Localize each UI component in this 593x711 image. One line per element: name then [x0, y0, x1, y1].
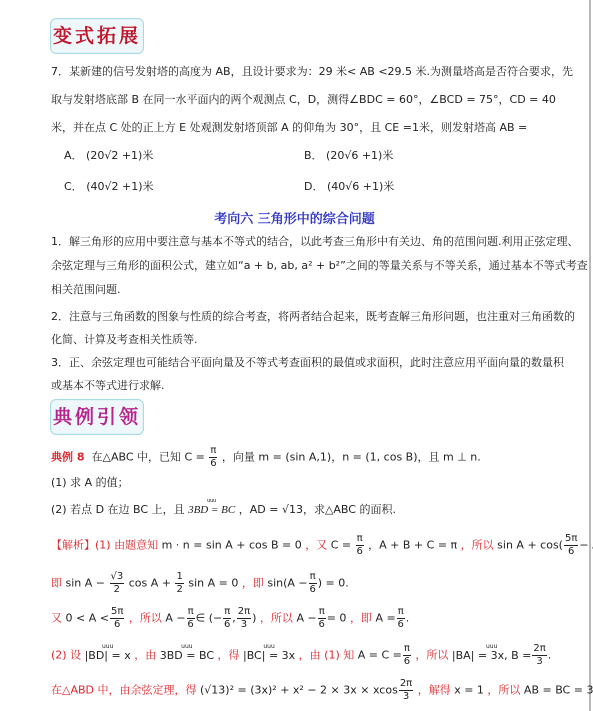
expr: |BC| = 3x [243, 649, 295, 663]
point-1-line-1: 1．解三角形的应用中要注意与基本不等式的结合，以此考查三角形中有关边、角的范围问… [51, 235, 579, 249]
q2-text-c: ，AD = √13，求△ABC 的面积. [239, 503, 396, 516]
solution-line-4: (2) 设 |BD| = x ，由 3BD = BC ，得 |BC| = 3x … [51, 643, 551, 668]
document-page: 变式拓展 7．某新建的信号发射塔的高度为 AB，且设计要求为：29 米< AB … [0, 0, 591, 711]
denominator: 6 [110, 619, 124, 631]
problem-7-line-1: 7．某新建的信号发射塔的高度为 AB，且设计要求为：29 米< AB <29.5… [51, 65, 573, 79]
numerator: π [187, 606, 195, 619]
numerator: π [403, 643, 411, 656]
denominator: 6 [309, 584, 317, 596]
numerator: 2π [399, 678, 413, 691]
option-c-label: C． [64, 180, 83, 193]
expr: C = [331, 539, 351, 552]
denominator: 2 [175, 584, 183, 596]
stem-text-b: ，向量 m = (sin A,1)，n = (1, cos B)，且 m ⊥ n… [222, 451, 481, 464]
expr: A − [296, 612, 316, 625]
fraction-pi-6: π6 [356, 533, 364, 558]
point-1-line-2: 余弦定理与三角形的面积公式，建立如“a + b, ab, a² + b²”之间的… [51, 259, 588, 273]
option-c[interactable]: C． (40√2 +1)米 [64, 178, 154, 194]
expr: A = C = [358, 649, 402, 662]
expr: cos A + [129, 577, 171, 590]
problem-7-line-2: 取与发射塔底部 B 在同一水平面内的两个观测点 C，D，测得∠BDC = 60°… [51, 93, 556, 107]
denominator: 6 [209, 458, 217, 470]
connector: ，所以 [129, 612, 162, 625]
fraction-1-2: 12 [175, 571, 183, 596]
expr: sin A + cos( [497, 539, 563, 552]
solution-line-2: 即 sin A − √32 cos A + 12 sin A = 0 ，即 si… [51, 571, 349, 596]
expr: AB = BC = 3 [524, 684, 593, 697]
numerator: π [356, 533, 364, 546]
stem-text-a: 在△ABC 中，已知 C = [91, 451, 204, 464]
connector: ，由 [134, 649, 156, 662]
fraction-pi-6: π6 [209, 445, 217, 470]
connector: ，即 [242, 577, 264, 590]
numerator: π [223, 606, 231, 619]
fraction-pi-6: π6 [318, 606, 326, 631]
fraction-5pi-6: 5π6 [564, 533, 578, 558]
fraction-pi-6: π6 [223, 606, 231, 631]
option-a-value: (20√2 +1)米 [86, 149, 153, 162]
fraction-sqrt3-2: √32 [110, 571, 125, 596]
denominator: 3 [532, 656, 546, 668]
solution-heading: 【解析】(1) 由题意知 [51, 539, 158, 552]
option-a-label: A． [64, 149, 83, 162]
expr: sin(A − [267, 577, 307, 590]
denominator: 3 [237, 619, 251, 631]
numerator: π [397, 606, 405, 619]
option-d[interactable]: D． (40√6 +1)米 [304, 178, 394, 194]
denominator: 6 [223, 619, 231, 631]
denominator: 6 [397, 619, 405, 631]
connector: (2) 设 [51, 649, 81, 662]
example-8-stem: 典例 8 在△ABC 中，已知 C = π6 ，向量 m = (sin A,1)… [51, 445, 481, 470]
dot-product: m · n = sin A + cos B = 0 [162, 539, 302, 552]
section-tag-label: 典例引领 [51, 400, 143, 434]
denominator: 6 [403, 656, 411, 668]
section-tag-example: 典例引领 [50, 399, 144, 435]
option-d-value: (40√6 +1)米 [327, 180, 394, 193]
vector-equation: 3BD = BC [188, 503, 235, 517]
expr: sin A − [66, 577, 106, 590]
connector: ，得 [218, 649, 240, 662]
example-label: 典例 8 [51, 451, 84, 464]
option-b-value: (20√6 +1)米 [326, 149, 393, 162]
expr: sin A = 0 [188, 577, 238, 590]
solution-line-5: 在△ABD 中，由余弦定理，得 (√13)² = (3x)² + x² − 2 … [51, 678, 593, 703]
numerator: π [309, 571, 317, 584]
numerator: 5π [564, 533, 578, 546]
expr: ∈ (− [196, 612, 223, 625]
expr: , [232, 612, 236, 625]
numerator: π [209, 445, 217, 458]
option-a[interactable]: A． (20√2 +1)米 [64, 147, 153, 163]
fraction-2pi-3: 2π3 [532, 643, 546, 668]
expr: 0 < A < [66, 612, 109, 625]
denominator: 6 [318, 619, 326, 631]
option-b-label: B． [304, 149, 323, 162]
solution-line-3: 又 0 < A <5π6 ，所以 A −π6∈ (−π6,2π3) ，所以 A … [51, 606, 409, 631]
point-2-line-1: 2．注意与三角函数的图象与性质的综合考查，将两者结合起来，既考查解三角形问题，也… [51, 310, 575, 324]
expr: |BD| = x [85, 649, 131, 663]
numerator: 5π [110, 606, 124, 619]
expr: ，A + B + C = π [368, 539, 457, 552]
connector: ，又 [305, 539, 327, 552]
numerator: 1 [175, 571, 183, 584]
expr: − A) = 0 [579, 539, 593, 552]
connector: ，所以 [260, 612, 293, 625]
section-title-direction-6: 考向六 三角形中的综合问题 [0, 208, 589, 227]
expr: ) [252, 612, 256, 625]
option-d-label: D． [304, 180, 323, 193]
fraction-2pi-3: 2π3 [237, 606, 251, 631]
numerator: 2π [237, 606, 251, 619]
expr: 3BD = BC [160, 649, 214, 663]
fraction-pi-6: π6 [309, 571, 317, 596]
numerator: π [318, 606, 326, 619]
section-tag-label: 变式拓展 [51, 19, 143, 53]
fraction-pi-6: π6 [403, 643, 411, 668]
expr: A = [375, 612, 395, 625]
point-1-line-3: 相关范围问题. [51, 283, 121, 297]
expr: x = 1 [454, 684, 484, 697]
option-b[interactable]: B． (20√6 +1)米 [304, 147, 393, 163]
connector: ，即 [350, 612, 372, 625]
denominator: 2 [110, 584, 125, 596]
point-3-line-1: 3．正、余弦定理也可能结合平面向量及不等式考查面积的最值或求面积，此时注意应用平… [51, 356, 564, 370]
fraction-pi-6: π6 [397, 606, 405, 631]
connector: 又 [51, 612, 62, 625]
fraction-pi-6: π6 [187, 606, 195, 631]
expr: A − [165, 612, 185, 625]
option-c-value: (40√2 +1)米 [86, 180, 153, 193]
connector: 即 [51, 577, 62, 590]
denominator: 6 [564, 546, 578, 558]
connector: ，解得 [418, 684, 451, 697]
point-3-line-2: 或基本不等式进行求解. [51, 379, 165, 393]
point-2-line-2: 化简、计算及考查相关性质等. [51, 333, 198, 347]
connector: ，所以 [415, 649, 448, 662]
connector: ，所以 [487, 684, 520, 697]
expr: (√13)² = (3x)² + x² − 2 × 3x × xcos [200, 684, 398, 697]
expr: = 0 [327, 612, 347, 625]
connector: ，所以 [461, 539, 494, 552]
fraction-2pi-3: 2π3 [399, 678, 413, 703]
expr: |BA| = 3x, B = [452, 649, 531, 663]
numerator: √3 [110, 571, 125, 584]
denominator: 6 [187, 619, 195, 631]
solution-line-1: 【解析】(1) 由题意知 m · n = sin A + cos B = 0 ，… [51, 533, 593, 558]
question-2: (2) 若点 D 在边 BC 上，且 3BD = BC ，AD = √13，求△… [51, 503, 396, 517]
connector: ，由 (1) 知 [299, 649, 355, 662]
denominator: 6 [356, 546, 364, 558]
question-1: (1) 求 A 的值； [51, 476, 129, 490]
q2-text-a: (2) 若点 D 在边 BC 上，且 [51, 503, 185, 516]
section-tag-variation: 变式拓展 [50, 18, 144, 54]
fraction-5pi-6: 5π6 [110, 606, 124, 631]
expr: ) = 0. [318, 577, 349, 590]
numerator: 2π [532, 643, 546, 656]
problem-7-line-3: 米，并在点 C 处的正上方 E 处观测发射塔顶部 A 的仰角为 30°，且 CE… [51, 121, 527, 135]
connector: 在△ABD 中，由余弦定理，得 [51, 684, 197, 697]
denominator: 3 [399, 691, 413, 703]
